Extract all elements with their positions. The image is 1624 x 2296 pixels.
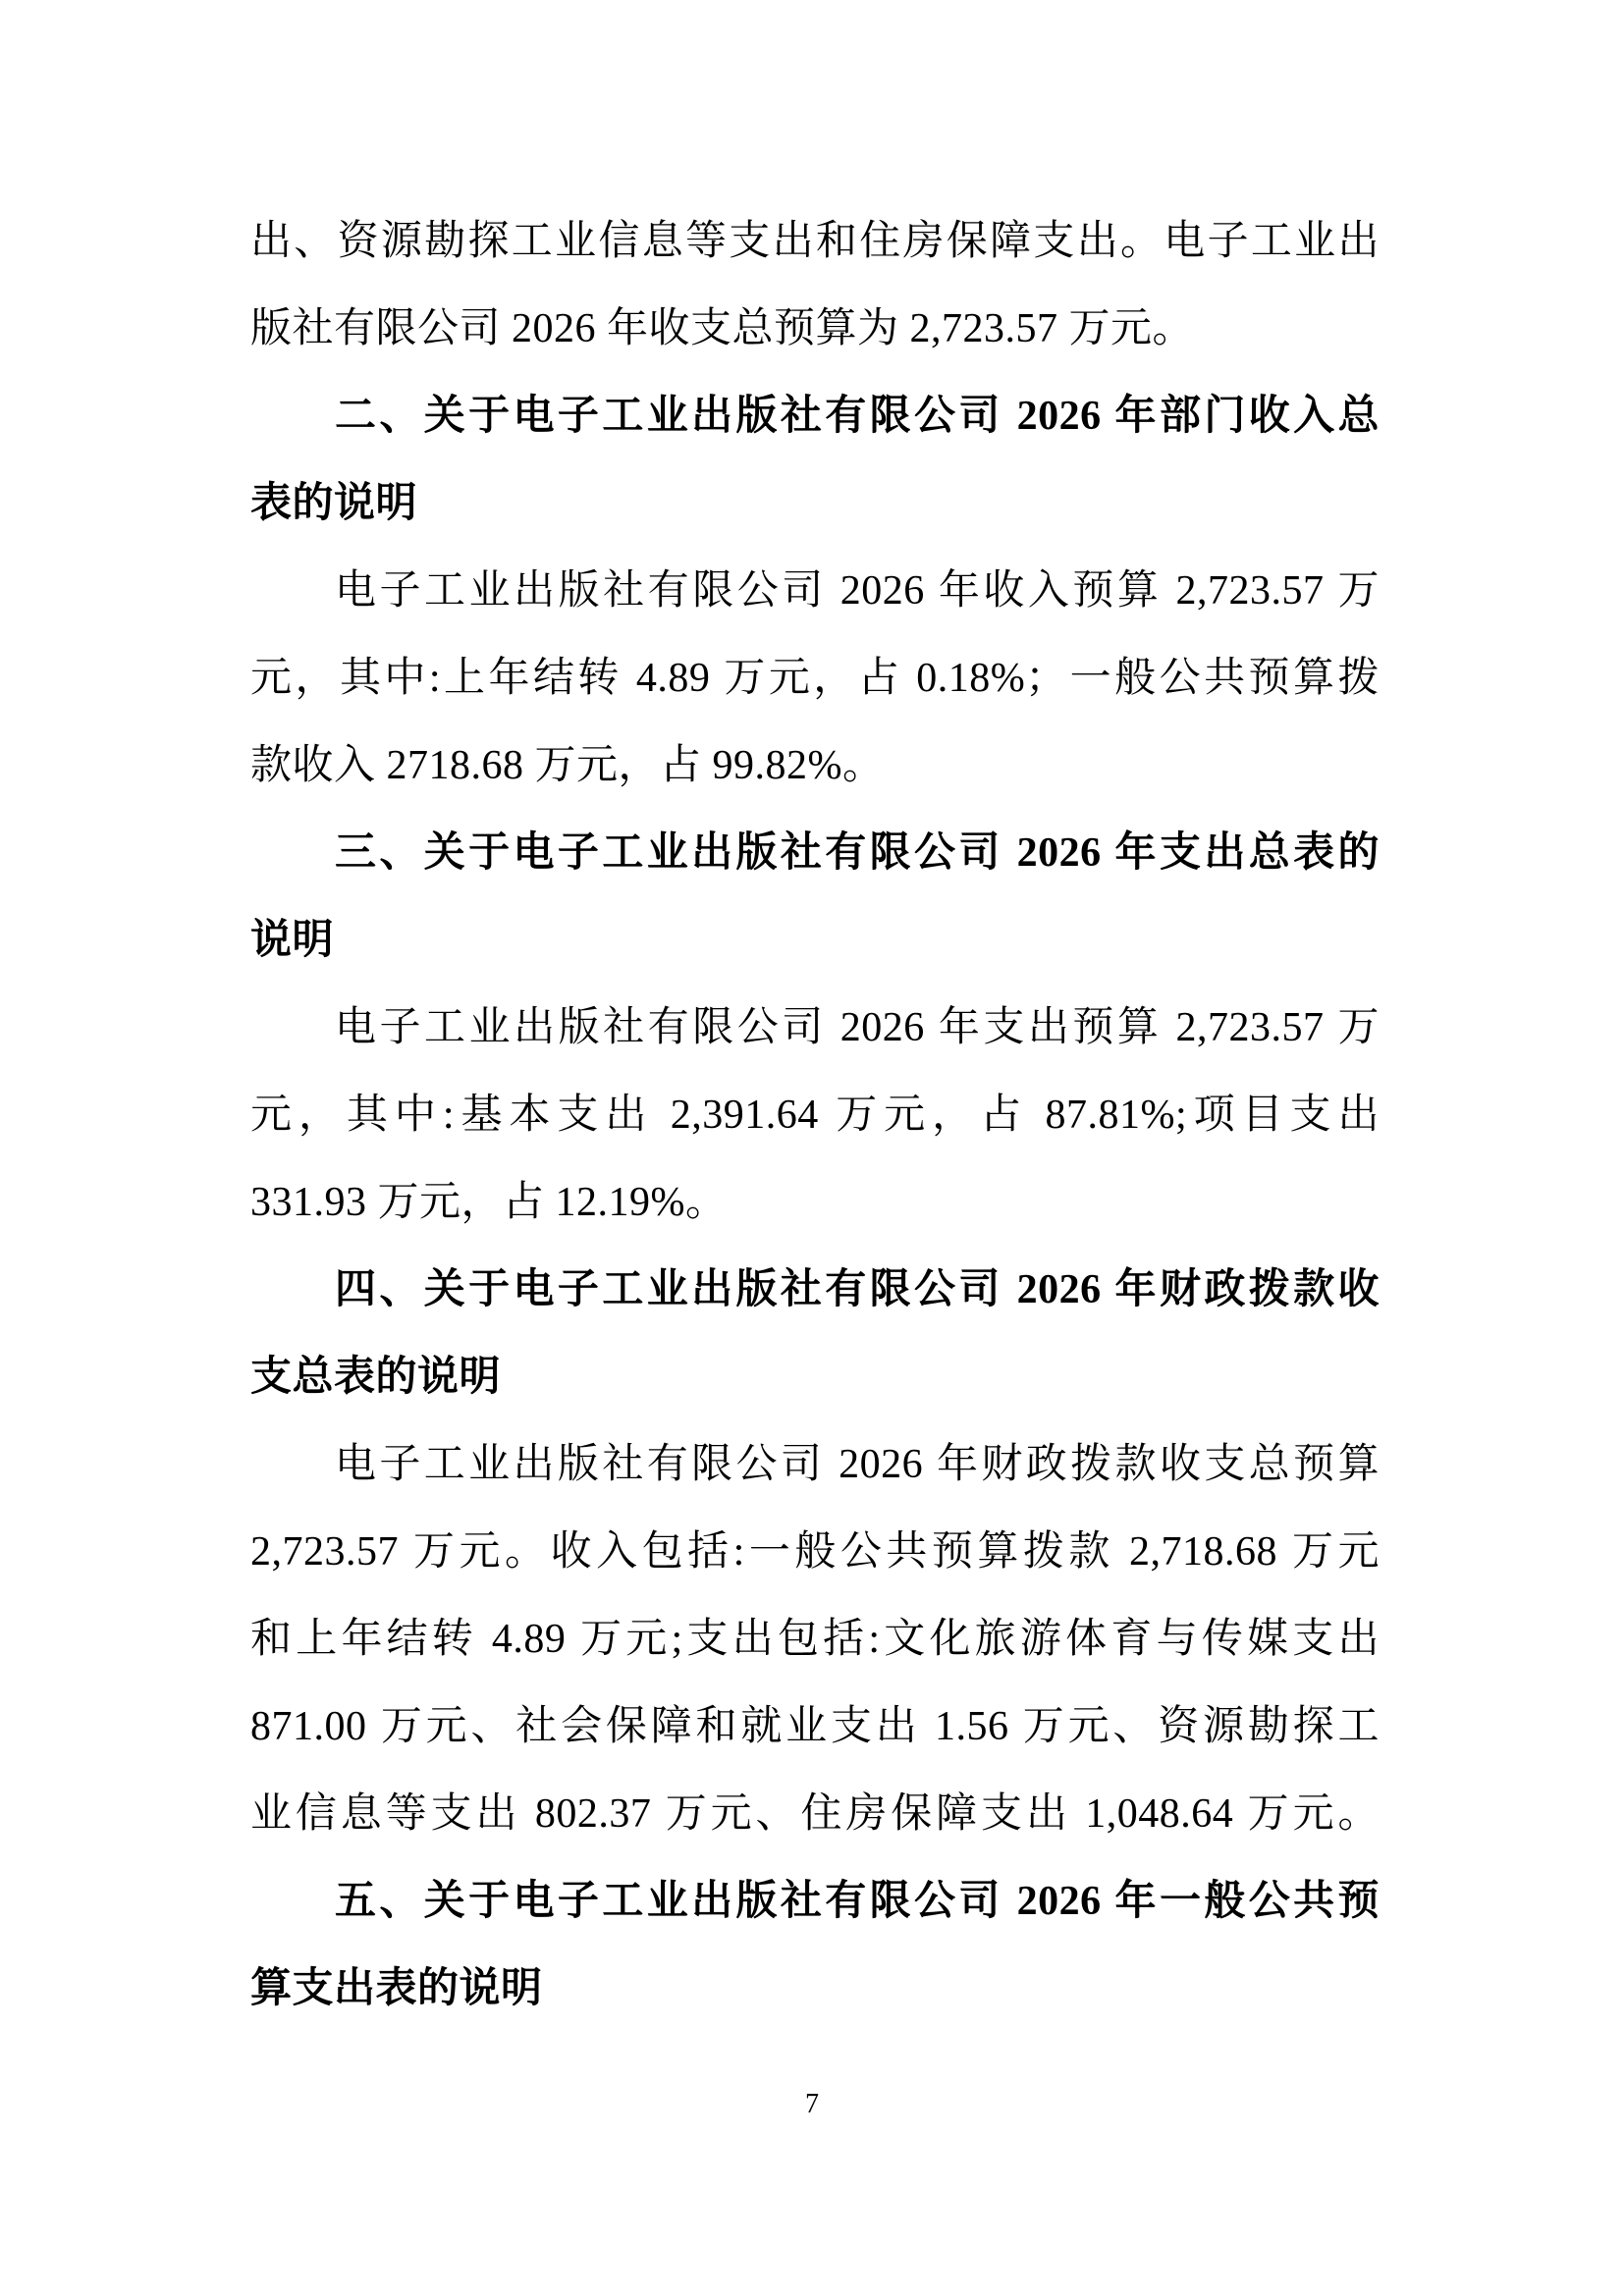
text-line: 2,723.57 万元。收入包括:一般公共预算拨款 2,718.68 万元 [250,1509,1380,1596]
text-block: 出、资源勘探工业信息等支出和住房保障支出。电子工业出 版社有限公司 2026 年… [250,198,1380,2033]
text-line: 款收入 2718.68 万元，占 99.82%。 [250,722,1380,810]
document-page: 出、资源勘探工业信息等支出和住房保障支出。电子工业出 版社有限公司 2026 年… [0,0,1624,2296]
page-number: 7 [0,2085,1624,2124]
text-line: 电子工业出版社有限公司 2026 年收入预算 2,723.57 万 [250,548,1380,635]
text-line: 元，其中:基本支出 2,391.64 万元，占 87.81%;项目支出 [250,1072,1380,1159]
section-heading-2: 二、关于电子工业出版社有限公司 2026 年部门收入总 [250,373,1380,460]
text-line: 331.93 万元，占 12.19%。 [250,1159,1380,1247]
section-heading-2b: 表的说明 [250,460,1380,548]
section-heading-4: 四、关于电子工业出版社有限公司 2026 年财政拨款收 [250,1247,1380,1334]
text-line: 电子工业出版社有限公司 2026 年财政拨款收支总预算 [250,1421,1380,1509]
section-heading-4b: 支总表的说明 [250,1334,1380,1421]
text-line: 元，其中:上年结转 4.89 万元，占 0.18%；一般公共预算拨 [250,635,1380,722]
text-line: 871.00 万元、社会保障和就业支出 1.56 万元、资源勘探工 [250,1683,1380,1771]
text-line: 和上年结转 4.89 万元;支出包括:文化旅游体育与传媒支出 [250,1596,1380,1683]
text-line: 电子工业出版社有限公司 2026 年支出预算 2,723.57 万 [250,985,1380,1072]
text-line: 出、资源勘探工业信息等支出和住房保障支出。电子工业出 [250,198,1380,286]
text-line: 版社有限公司 2026 年收支总预算为 2,723.57 万元。 [250,286,1380,373]
section-heading-5b: 算支出表的说明 [250,1946,1380,2033]
section-heading-3: 三、关于电子工业出版社有限公司 2026 年支出总表的 [250,810,1380,897]
section-heading-3b: 说明 [250,897,1380,985]
section-heading-5: 五、关于电子工业出版社有限公司 2026 年一般公共预 [250,1858,1380,1946]
text-line: 业信息等支出 802.37 万元、住房保障支出 1,048.64 万元。 [250,1771,1380,1858]
